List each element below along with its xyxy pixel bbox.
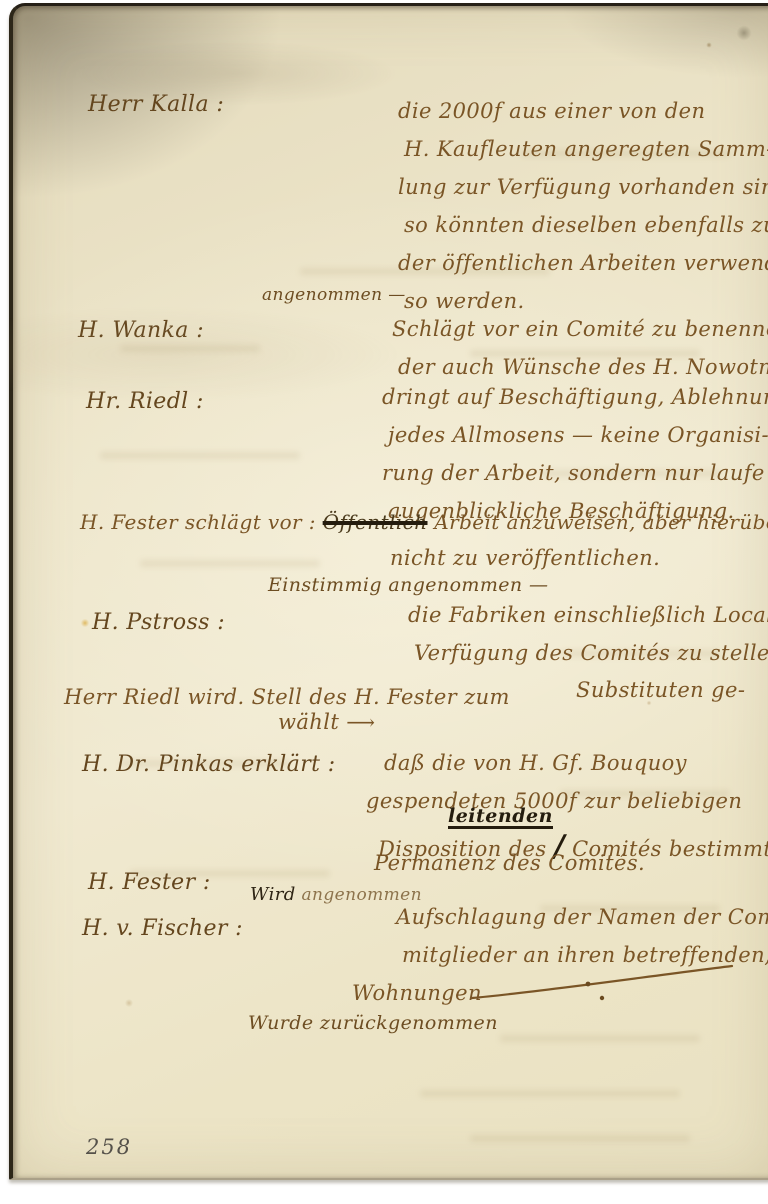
speaker-label-fischer: H. v. Fischer :	[82, 910, 243, 948]
inserted-word-leitenden: leitenden	[448, 806, 553, 829]
text-line: mitglieder an ihren betreffenden;	[402, 936, 768, 974]
entry-kalla-text: die 2000f aus einer von den H. Kaufleute…	[398, 92, 768, 320]
text-segment: Substituten ge-	[576, 678, 745, 702]
arrow-mark: ⟶	[346, 710, 374, 734]
text-line: der öffentlichen Arbeiten verwendet	[398, 244, 768, 282]
text-line: rung der Arbeit, sondern nur laufe	[382, 454, 768, 492]
text-line: Schlägt vor ein Comité zu benennen	[392, 310, 768, 348]
text-line: die 2000f aus einer von den	[398, 92, 768, 130]
speaker-label-riedl: Hr. Riedl :	[86, 383, 204, 421]
entry-substitut-line2: wählt ⟶	[278, 703, 374, 741]
text-line: dringt auf Beschäftigung, Ablehnung	[382, 378, 768, 416]
text-line: lung zur Verfügung vorhanden sind,	[398, 168, 768, 206]
motion-rest: Arbeit anzuweisen, aber hierüber	[434, 510, 768, 534]
speaker-label-wanka: H. Wanka :	[78, 312, 204, 350]
note-word-dark: Wird	[250, 884, 296, 905]
text-line: gespendeten 5000f zur beliebigen	[366, 782, 742, 820]
text-line: die Fabriken einschließlich Locale zur	[408, 596, 768, 634]
text-line: jedes Allmosens — keine Organisi-	[388, 416, 768, 454]
speaker-label-pstross: H. Pstross :	[92, 604, 225, 642]
entry-wanka-text: Schlägt vor ein Comité zu benennen der a…	[392, 310, 768, 386]
page-number: 258	[86, 1128, 132, 1166]
text-line: daß die von H. Gf. Bouquoy	[384, 744, 742, 782]
text-segment: wählt	[278, 710, 339, 734]
resolution-note: Wurde zurückgenommen	[248, 1004, 498, 1042]
resolution-note: angenommen —	[262, 276, 406, 314]
entry-pstross-text: die Fabriken einschließlich Locale zur V…	[408, 596, 768, 672]
speaker-label-fester: H. Fester :	[88, 864, 211, 902]
struck-word: Öffentlich	[323, 510, 428, 534]
text-line: H. Kaufleuten angeregten Samm-	[404, 130, 768, 168]
entry-substitut-line1: Herr Riedl wird. Stell des H. Fester zum…	[64, 678, 745, 716]
text-line: so könnten dieselben ebenfalls zu	[404, 206, 768, 244]
text-line: Verfügung des Comités zu stellen,	[414, 634, 768, 672]
entry-fester-motion-line1: H. Fester schlägt vor : Öffentlich Arbei…	[80, 503, 768, 541]
text-line: Aufschlagung der Namen der Comité-	[396, 898, 768, 936]
speaker-label-pinkas: H. Dr. Pinkas erklärt :	[82, 746, 336, 784]
speaker-label-kalla: Herr Kalla :	[88, 86, 224, 124]
motion-prefix: H. Fester schlägt vor :	[80, 510, 316, 534]
entry-pinkas-text: daß die von H. Gf. Bouquoy gespendeten 5…	[384, 744, 742, 820]
entry-fischer-text: Aufschlagung der Namen der Comité- mitgl…	[396, 898, 768, 1012]
